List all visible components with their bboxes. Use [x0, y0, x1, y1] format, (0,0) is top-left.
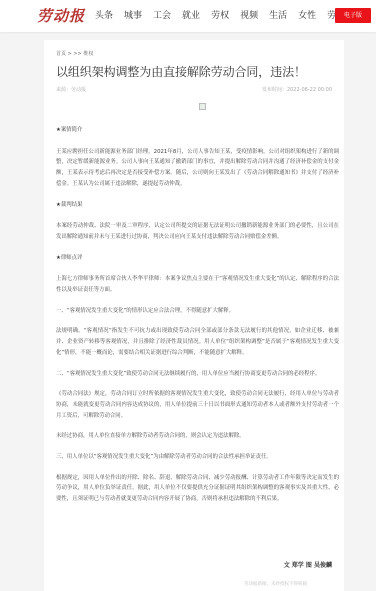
section-heading-lawyer-comment: ★律师点评 — [56, 253, 339, 264]
nav-item-employment[interactable]: 就业 — [182, 9, 200, 23]
paragraph: 本案经劳动仲裁、法院一审及二审程序，认定公司所提交的证据无法证明公司撤销新能源业… — [56, 221, 339, 242]
article-source: 来源：劳动报 — [56, 87, 86, 94]
nav-item-union[interactable]: 工会 — [153, 9, 171, 23]
paragraph: 王某应聘担任公司新能源业务部门经理。2021年8月，公司人事告知王某，受疫情影响… — [56, 147, 339, 190]
article-container: 首页 > >> 维权 以组织架构调整为由直接解除劳动合同，违法！ 来源：劳动报 … — [44, 40, 344, 591]
paragraph: 三、用人单位以“客观情况发生重大变化”为由解除劳动者劳动合同的合法性承担举证责任… — [56, 452, 339, 463]
publish-time: 发布时间：2022-06-22 00:00 — [262, 87, 332, 94]
breadcrumb[interactable]: 首页 > >> 维权 — [56, 51, 93, 58]
paragraph: 二、“客观情况发生重大变化”致使劳动合同无法继续履行的，用人单位应当履行协商变更… — [56, 369, 339, 380]
article-title: 以组织架构调整为由直接解除劳动合同，违法！ — [56, 64, 306, 80]
section-heading-case: ★案情简介 — [56, 125, 339, 136]
paragraph: 未经过协商，用人单位直接单方解除劳动者劳动合同的，则会认定为违法解除。 — [56, 431, 339, 442]
nav-item-labor-rights[interactable]: 劳权 — [211, 9, 229, 23]
broken-image-icon — [199, 103, 206, 110]
main-nav: 头条 城事 工会 就业 劳权 视频 生活 女性 劳动号 — [95, 9, 365, 23]
epaper-button[interactable]: 电子版 — [335, 8, 371, 23]
paragraph: 法规明确，“客观情况”指发生不可抗力或出现致使劳动合同全部或部分条款无法履行的其… — [56, 326, 339, 358]
nav-item-city[interactable]: 城事 — [124, 9, 142, 23]
paragraph: 《劳动合同法》规定，劳动合同订立时所依据的客观情况发生重大变化，致使劳动合同无法… — [56, 389, 339, 421]
article-body: ★案情简介 王某应聘担任公司新能源业务部门经理。2021年8月，公司人事告知王某… — [56, 125, 339, 515]
paragraph: 一、“客观情况发生重大变化”的情形认定应合法合理，不得随意扩大解释。 — [56, 306, 339, 317]
nav-item-women[interactable]: 女性 — [298, 9, 316, 23]
nav-item-life[interactable]: 生活 — [269, 9, 287, 23]
section-heading-verdict: ★裁判结果 — [56, 200, 339, 211]
copyright-notice: 劳动报新闻，未经授权不得转载 — [244, 582, 307, 588]
top-navigation-bar: 劳动报 头条 城事 工会 就业 劳权 视频 生活 女性 劳动号 电子版 — [0, 0, 376, 32]
nav-item-headlines[interactable]: 头条 — [95, 9, 113, 23]
nav-item-video[interactable]: 视频 — [240, 9, 258, 23]
byline: 文 郑学 图 吴俊麟 — [284, 562, 332, 570]
paragraph: 根据规定，因用人单位作出的开除、除名、辞退、解除劳动合同、减少劳动报酬、计算劳动… — [56, 473, 339, 505]
site-logo[interactable]: 劳动报 — [37, 7, 85, 25]
paragraph: 上海七方律师事务所首席合伙人李华平律师：本案争议焦点主要在于“客观情况发生重大变… — [56, 274, 339, 295]
